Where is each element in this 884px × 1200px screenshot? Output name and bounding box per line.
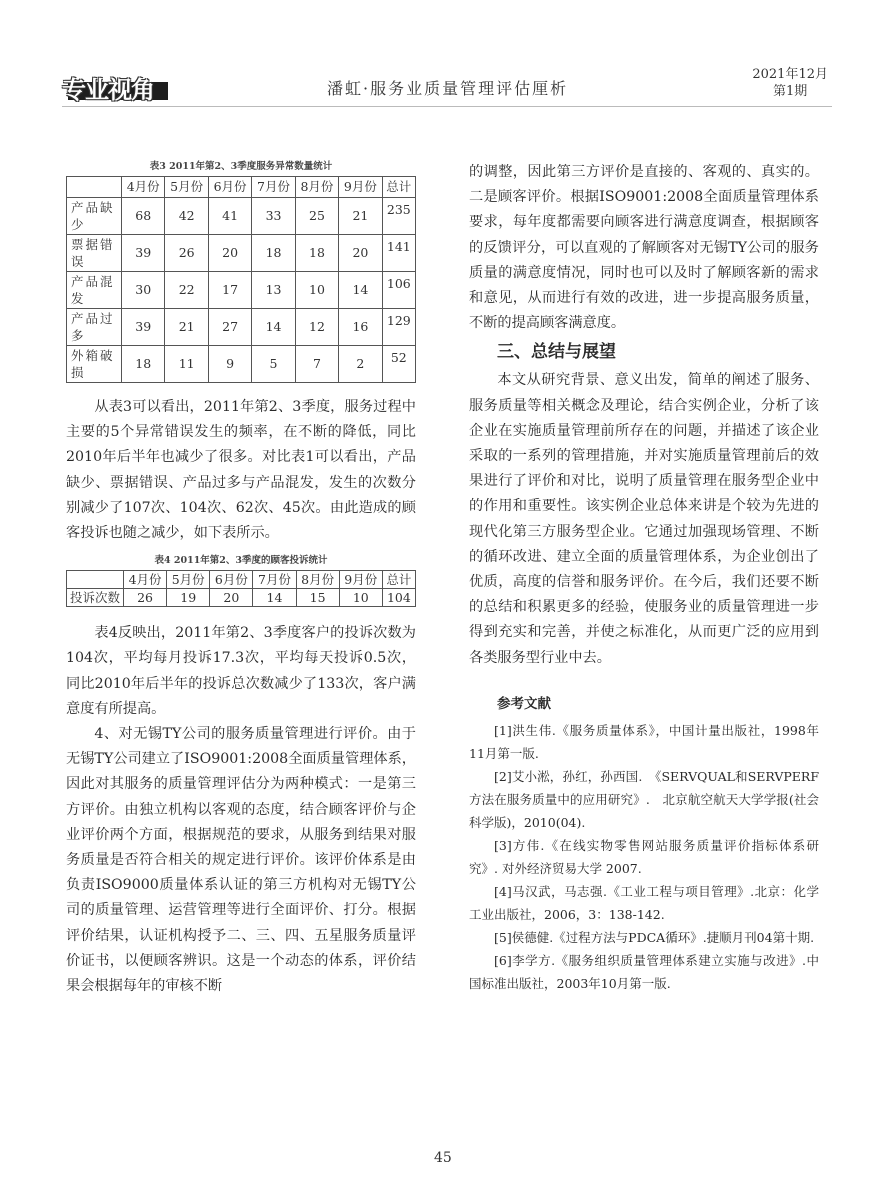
cell: 14 [339,272,382,309]
cell: 22 [165,272,208,309]
cell: 33 [252,198,295,235]
table-row: 产品过多 39 21 27 14 12 16 129 [67,309,416,346]
left-column: 表3 2011年第2、3季度服务异常数量统计 4月份 5月份 6月份 7月份 8… [66,160,416,999]
table4-header-cell: 7月份 [253,571,296,589]
total-cell: 106 [382,272,415,309]
table3-header-cell [67,177,122,198]
cell: 18 [295,235,338,272]
reference-item: [5]侯德健.《过程方法与PDCA循环》.捷顺月刊04第十期. [469,926,819,949]
table4-header-row: 4月份 5月份 6月份 7月份 8月份 9月份 总计 [67,571,416,589]
cell: 20 [208,235,251,272]
row-label: 产品缺少 [67,198,122,235]
table3-header-row: 4月份 5月份 6月份 7月份 8月份 9月份 总计 [67,177,416,198]
cell: 13 [252,272,295,309]
issue-date: 2021年12月 [752,66,828,83]
table-row: 投诉次数 26 19 20 14 15 10 104 [67,589,416,607]
cell: 27 [208,309,251,346]
cell: 26 [124,589,167,607]
body-paragraph: 的调整，因此第三方评价是直接的、客观的、真实的。二是顾客评价。根据ISO9001… [469,160,819,336]
cell: 16 [339,309,382,346]
table3-header-cell: 7月份 [252,177,295,198]
total-cell: 104 [382,589,415,607]
header-rule [62,106,832,107]
cell: 2 [339,346,382,383]
table4-header-cell: 9月份 [339,571,382,589]
total-cell: 129 [382,309,415,346]
cell: 18 [252,235,295,272]
cell: 18 [122,346,165,383]
page-number: 45 [434,1150,452,1166]
section-heading: 三、总结与展望 [497,338,819,366]
row-label: 产品混发 [67,272,122,309]
table3-header-cell: 6月份 [208,177,251,198]
row-label: 票据错误 [67,235,122,272]
cell: 26 [165,235,208,272]
cell: 20 [210,589,253,607]
cell: 25 [295,198,338,235]
reference-item: [1]洪生伟.《服务质量体系》，中国计量出版社，1998年11月第一版. [469,719,819,765]
table-row: 产品缺少 68 42 41 33 25 21 235 [67,198,416,235]
body-paragraph: 4、对无锡TY公司的服务质量管理进行评价。由于无锡TY公司建立了ISO9001:… [66,722,416,999]
reference-item: [4]马汉武，马志强.《工业工程与项目管理》.北京：化学工业出版社，2006，3… [469,880,819,926]
cell: 10 [339,589,382,607]
cell: 39 [122,309,165,346]
cell: 21 [339,198,382,235]
reference-item: [2]艾小淞，孙红，孙西国. 《SERVQUAL和SERVPERF方法在服务质量… [469,765,819,834]
right-column: 的调整，因此第三方评价是直接的、客观的、真实的。二是顾客评价。根据ISO9001… [469,160,819,995]
reference-item: [6]李学方.《服务组织质量管理体系建立实施与改进》.中国标准出版社，2003年… [469,949,819,995]
cell: 68 [122,198,165,235]
table3: 4月份 5月份 6月份 7月份 8月份 9月份 总计 产品缺少 68 42 41… [66,176,416,383]
total-cell: 52 [382,346,415,383]
cell: 7 [295,346,338,383]
cell: 21 [165,309,208,346]
cell: 12 [295,309,338,346]
cell: 19 [167,589,210,607]
row-label: 外箱破损 [67,346,122,383]
table3-header-cell: 9月份 [339,177,382,198]
cell: 15 [296,589,339,607]
body-paragraph: 表4反映出，2011年第2、3季度客户的投诉次数为104次，平均每月投诉17.3… [66,621,416,722]
total-cell: 141 [382,235,415,272]
table4-header-cell: 5月份 [167,571,210,589]
table4-header-cell: 总计 [382,571,415,589]
cell: 14 [253,589,296,607]
table3-header-cell: 5月份 [165,177,208,198]
table-row: 外箱破损 18 11 9 5 7 2 52 [67,346,416,383]
row-label: 产品过多 [67,309,122,346]
references-heading: 参考文献 [497,693,819,715]
cell: 41 [208,198,251,235]
cell: 39 [122,235,165,272]
body-paragraph: 本文从研究背景、意义出发，简单的阐述了服务、服务质量等相关概念及理论，结合实例企… [469,368,819,670]
cell: 9 [208,346,251,383]
cell: 14 [252,309,295,346]
table4-header-cell: 6月份 [210,571,253,589]
total-cell: 235 [382,198,415,235]
cell: 20 [339,235,382,272]
table3-caption: 表3 2011年第2、3季度服务异常数量统计 [66,160,416,174]
table4-caption: 表4 2011年第2、3季度的顾客投诉统计 [66,554,416,568]
table3-header-cell: 8月份 [295,177,338,198]
logo-text: 专业视角 [62,70,154,105]
cell: 42 [165,198,208,235]
column-logo: 专业视角 [62,70,172,100]
cell: 10 [295,272,338,309]
issue-number: 第1期 [752,83,828,100]
cell: 11 [165,346,208,383]
table4-header-cell [67,571,124,589]
table-row: 产品混发 30 22 17 13 10 14 106 [67,272,416,309]
running-title: 潘虹·服务业质量管理评估厘析 [327,76,568,99]
cell: 30 [122,272,165,309]
table4: 4月份 5月份 6月份 7月份 8月份 9月份 总计 投诉次数 26 19 20… [66,570,416,607]
page-header: 专业视角 潘虹·服务业质量管理评估厘析 2021年12月 第1期 [62,66,832,102]
row-label: 投诉次数 [67,589,124,607]
table3-header-cell: 总计 [382,177,415,198]
cell: 5 [252,346,295,383]
cell: 17 [208,272,251,309]
body-paragraph: 从表3可以看出，2011年第2、3季度，服务过程中主要的5个异常错误发生的频率，… [66,395,416,546]
table3-header-cell: 4月份 [122,177,165,198]
table4-header-cell: 4月份 [124,571,167,589]
issue-info: 2021年12月 第1期 [752,66,828,100]
reference-item: [3]方伟.《在线实物零售网站服务质量评价指标体系研究》. 对外经济贸易大学 2… [469,834,819,880]
table-row: 票据错误 39 26 20 18 18 20 141 [67,235,416,272]
table4-header-cell: 8月份 [296,571,339,589]
